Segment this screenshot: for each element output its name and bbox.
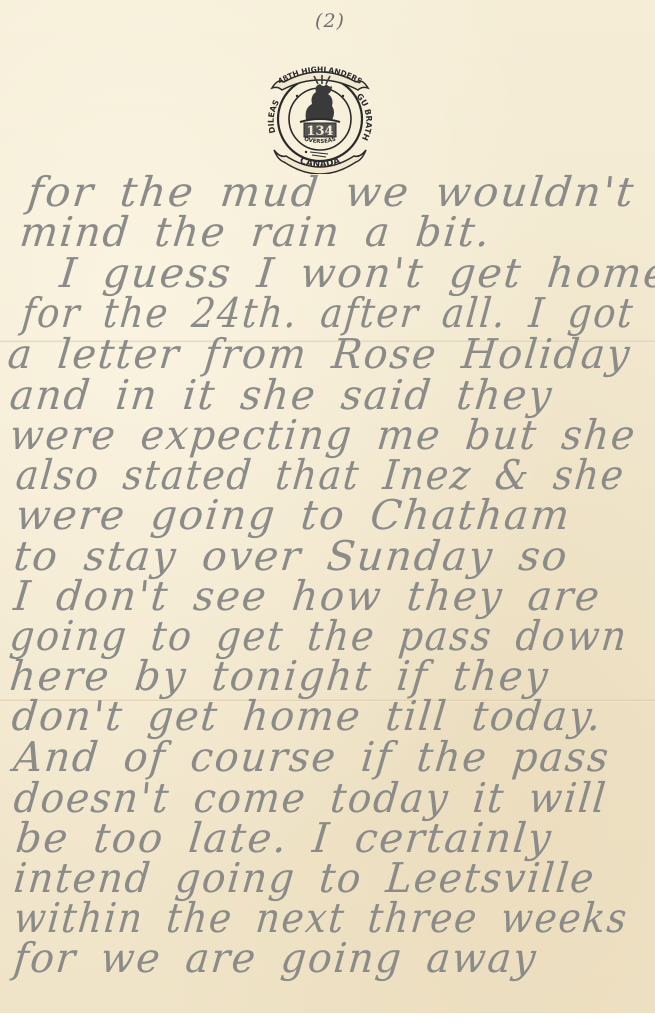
letter-line: going to get the pass down [8,616,630,657]
letter-line: for the mud we wouldn't [26,172,638,213]
letter-line: here by tonight if they [8,656,552,697]
letter-line: mind the rain a bit. [18,212,493,253]
letter-line: and in it she said they [8,375,555,416]
letter-line: to stay over Sunday so [12,536,571,577]
regimental-crest-icon: 48TH HIGHLANDERS CANADA DILEAS GU BRATH … [266,62,374,174]
letter-line: for the 24th. after all. I got [20,293,636,334]
letter-line: be too late. I certainly [14,818,555,859]
letter-line: And of course if the pass [12,737,612,778]
letter-line: for we are going away [12,938,539,979]
letter-line: within the next three weeks [12,898,630,939]
letter-line: I don't see how they are [12,576,603,617]
page-number: (2) [300,10,360,32]
letter-line: a letter from Rose Holiday [6,334,633,375]
crest-right-motto: GU BRATH [355,92,374,142]
letter-line: I guess I won't get home [58,253,655,294]
letter-line: were expecting me but she [8,415,638,456]
letter-line: don't get home till today. [10,696,605,737]
letter-line: were going to Chatham [14,495,573,536]
letter-line: also stated that Inez & she [14,455,627,496]
letter-line: doesn't come today it will [12,778,609,819]
letter-line: intend going to Leetsville [12,858,597,899]
crest-battalion-number: 134 [306,124,333,139]
